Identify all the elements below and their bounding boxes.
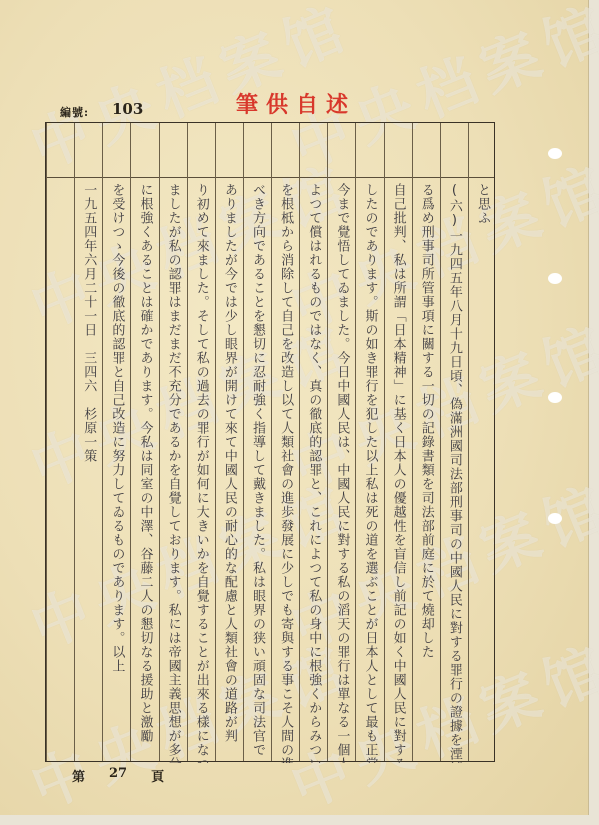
binding-hole: [548, 148, 562, 159]
manuscript-column: り初めて來ました。そして私の過去の罪行が如何に大きいかを自覺することが出來る樣に…: [187, 123, 215, 761]
manuscript-column: と思ふ: [468, 123, 496, 761]
manuscript-column: ましたが私の認罪はまだまだ不充分であるかを自覺しております。私には帝國主義思想が…: [159, 123, 187, 761]
column-text: ありましたが今では少し眼界が開けて來て中國人民の耐心的な配慮と人類社會の道路が判: [218, 183, 241, 763]
manuscript-column: ありましたが今では少し眼界が開けて來て中國人民の耐心的な配慮と人類社會の道路が判: [215, 123, 243, 761]
serial-label: 編號:: [60, 104, 89, 120]
column-text: ましたが私の認罪はまだまだ不充分であるかを自覺しております。私には帝國主義思想が…: [162, 183, 185, 763]
column-text: [49, 183, 72, 763]
column-text: よつて償はれるものではなく、真の徹底的認罪と、これによつて私の身中に根強くからみ…: [302, 183, 325, 763]
manuscript-column: よつて償はれるものではなく、真の徹底的認罪と、これによつて私の身中に根強くからみ…: [299, 123, 327, 761]
page-value: 27: [109, 766, 127, 785]
manuscript-column: したのであります。斯の如き罪行を犯した以上私は死の道を選ぶことが日本人として最も…: [355, 123, 383, 761]
column-text: 一九五四年六月二十一日 三四六 杉原一策: [77, 183, 100, 763]
column-text: を根柢から消除して自己を改造し以て人類社會の進歩發展に少しでも寄與する事こそ人間…: [274, 183, 297, 763]
column-text: (六)一九四五年八月十九日頃、偽滿洲國司法部刑事司の中國人民に對する罪行の證據を…: [443, 183, 466, 763]
column-text: と思ふ: [471, 183, 494, 763]
serial-number: 103: [112, 100, 143, 118]
column-text: べき方向であることを懇切に忍耐強く指導して戴きました。私は眼界の狭い頑固な司法官…: [246, 183, 269, 763]
manuscript-column: 一九五四年六月二十一日 三四六 杉原一策: [74, 123, 102, 761]
manuscript-grid: と思ふ(六)一九四五年八月十九日頃、偽滿洲國司法部刑事司の中國人民に對する罪行の…: [45, 122, 495, 762]
column-text: を受けつゝ今後の徹底的認罪と自己改造に努力してゐるものであります。以上: [105, 183, 128, 763]
manuscript-column: [46, 123, 74, 761]
binding-hole: [548, 273, 562, 284]
binding-hole: [548, 513, 562, 524]
manuscript-column: を受けつゝ今後の徹底的認罪と自己改造に努力してゐるものであります。以上: [102, 123, 130, 761]
page-number: 第 27 頁: [72, 766, 164, 785]
manuscript-column: べき方向であることを懇切に忍耐強く指導して戴きました。私は眼界の狭い頑固な司法官…: [243, 123, 271, 761]
column-text: る爲め刑事司所管事項に關する一切の記錄書類を司法部前庭に於て燒却した: [415, 183, 438, 763]
manuscript-column: 今まで覺悟してゐました。今日中國人民は、中國人民に對する私の滔天の罪行は單なる一…: [327, 123, 355, 761]
manuscript-column: る爲め刑事司所管事項に關する一切の記錄書類を司法部前庭に於て燒却した: [412, 123, 440, 761]
page-suffix: 頁: [151, 766, 164, 785]
column-text: に根強くあることは確かであります。今私は同室の中澤、谷藤二人の懇切なる援助と激勵: [133, 183, 156, 763]
binding-hole: [548, 392, 562, 403]
column-text: 自己批判、私は所謂「日本精神」に基く日本人の優越性を盲信し前記の如く中國人民に對…: [387, 183, 410, 763]
document-page: 中央档案馆 中央档案馆 中央档案馆 中央档案馆 中央档案馆 中央档案馆 中央档案…: [0, 0, 589, 815]
manuscript-column: (六)一九四五年八月十九日頃、偽滿洲國司法部刑事司の中國人民に對する罪行の證據を…: [440, 123, 468, 761]
page-prefix: 第: [72, 766, 85, 785]
manuscript-column: に根強くあることは確かであります。今私は同室の中澤、谷藤二人の懇切なる援助と激勵: [130, 123, 158, 761]
form-title: 筆供自述: [236, 88, 356, 119]
column-text: 今まで覺悟してゐました。今日中國人民は、中國人民に對する私の滔天の罪行は單なる一…: [330, 183, 353, 763]
column-text: したのであります。斯の如き罪行を犯した以上私は死の道を選ぶことが日本人として最も…: [358, 183, 381, 763]
manuscript-column: 自己批判、私は所謂「日本精神」に基く日本人の優越性を盲信し前記の如く中國人民に對…: [384, 123, 412, 761]
manuscript-column: を根柢から消除して自己を改造し以て人類社會の進歩發展に少しでも寄與する事こそ人間…: [271, 123, 299, 761]
column-text: り初めて來ました。そして私の過去の罪行が如何に大きいかを自覺することが出來る樣に…: [190, 183, 213, 763]
